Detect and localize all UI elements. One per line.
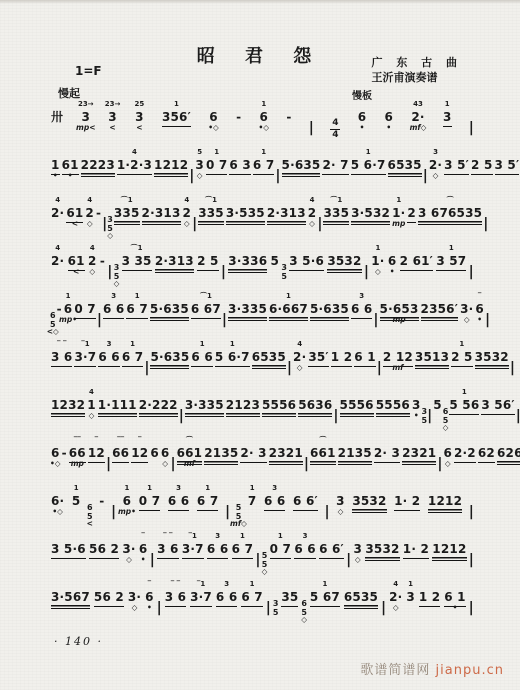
note-group: -	[235, 106, 242, 125]
barline: |	[516, 408, 520, 424]
note-group: 6535	[387, 154, 423, 173]
note-group: 2223	[80, 154, 116, 173]
note-group: 2· 3	[239, 442, 267, 461]
ornament-mark: ‾	[95, 437, 99, 444]
dynamic-mark: •◇	[259, 124, 270, 132]
barline: |	[221, 264, 226, 280]
ornament-mark: ‾	[148, 581, 152, 588]
sheet-music-page: 昭 君 怨 1=F 慢起 广 东 古 曲 王沂甫演奏谱 卅23→3mp<23→3…	[0, 0, 520, 690]
dynamic-mark: mp•	[118, 508, 136, 516]
music-line: 123241◇1·1112·222|3·335212355565636|5556…	[50, 394, 474, 438]
music-line: 6·•◇1565<-|16mp•10 736 616 7|55mf◇1736 6…	[50, 490, 474, 534]
note-group: 6 1•	[443, 586, 466, 605]
note-group: 16 7	[240, 586, 263, 605]
note-group: 3·335	[184, 394, 225, 413]
credit-origin: 广 东 古 曲	[372, 56, 463, 71]
note-group: 41◇	[86, 394, 97, 413]
note-group: 5·653mp	[379, 298, 420, 317]
ornament-mark: 1	[278, 533, 283, 540]
note-group: 6 3	[228, 154, 251, 173]
note-group: 36 6	[97, 346, 120, 365]
note-group: 15 6·7	[214, 346, 251, 365]
note-group: ⌒1335	[113, 202, 141, 221]
dynamic-mark: <	[73, 268, 79, 276]
barline: |	[107, 264, 112, 280]
note-group: 2	[406, 202, 417, 221]
note-group: 1356′	[161, 106, 192, 125]
note-group: 5·635	[309, 298, 350, 317]
ornament-mark: 1	[200, 341, 205, 348]
music-line: ‾ ‾3 6‾13·736 616 7|5·63516 615 6·76535|…	[50, 346, 474, 390]
chord-stack: 35	[273, 599, 279, 617]
note-group: 2 12mf	[382, 346, 414, 365]
credits: 广 东 古 曲 王沂甫演奏谱	[372, 56, 463, 86]
note-group: 1·111	[97, 394, 138, 413]
barline: |	[324, 504, 329, 520]
note-group: 2135	[337, 442, 373, 461]
note-group: 2356′	[420, 298, 460, 317]
ornament-mark: 4	[132, 149, 137, 156]
note-group: 3·535	[225, 202, 266, 221]
dynamic-mark: ◇	[126, 556, 132, 564]
barline: |	[364, 264, 369, 280]
ornament-mark: 1	[375, 245, 380, 252]
ornament-mark: 1	[322, 581, 327, 588]
dynamic-mark: ◇	[355, 556, 361, 564]
note-group: 2·313	[266, 202, 307, 221]
dynamic-mark: •	[360, 124, 365, 132]
note-group: ⌒661mf	[176, 442, 204, 461]
ornament-mark: 5	[197, 149, 202, 156]
note-group: 2·313	[154, 250, 195, 269]
note-group: 5636	[297, 394, 333, 413]
barline: |	[469, 120, 474, 136]
barline: |	[309, 120, 314, 136]
note-group: 2·313	[141, 202, 182, 221]
ornament-mark: 1	[74, 485, 79, 492]
ornament-mark: 1	[261, 149, 266, 156]
note-group: 2·2	[453, 442, 477, 461]
ornament-mark: 3	[176, 485, 181, 492]
music-line: 3 5·656 23·◇‾6•|‾ ‾3 6‾13·736 616 7|55◇1…	[50, 538, 474, 582]
note-group: 3·◇	[127, 586, 142, 605]
note-group: 16•◇	[259, 106, 270, 125]
note-group: ⌒3 676535	[417, 202, 483, 221]
dynamic-mark: •	[477, 316, 482, 324]
dynamic-mark: ◇	[297, 364, 303, 372]
dynamic-mark: ◇	[162, 460, 168, 468]
chord-stack: 55mf◇	[236, 503, 242, 521]
note-group: 253<	[134, 106, 145, 125]
note-group: 36 6	[102, 298, 125, 317]
chord-stack: 35◇	[114, 263, 120, 281]
note-group: 2321	[401, 442, 437, 461]
dynamic-mark: ◇	[89, 268, 95, 276]
note-group: ‾12	[87, 442, 106, 461]
note-group: 42·◇	[292, 346, 307, 365]
ornament-mark: 4	[55, 245, 60, 252]
barline: |	[381, 600, 386, 616]
note-group: 17	[247, 490, 258, 509]
note-group: ⌒16 67	[190, 298, 222, 317]
barline: |	[157, 600, 162, 616]
note-group: 10 7	[138, 490, 161, 509]
ornament-mark: ⌒1	[330, 197, 342, 204]
note-group: 3532	[474, 346, 510, 365]
time-signature: 44	[330, 119, 340, 141]
dynamic-mark: mf◇	[410, 124, 427, 132]
note-group: 42◇	[307, 202, 318, 221]
note-group: -	[95, 202, 102, 221]
chord-stack: 65◇	[301, 599, 307, 617]
watermark: 歌谱简谱网 jianpu.cn	[360, 659, 504, 678]
note-group: 11·◇	[370, 250, 385, 269]
music-line: 1•61•222341·2·31212|53◇10 76 316 7|5·635…	[50, 154, 474, 198]
note-group: 13 57	[435, 250, 467, 269]
ornament-mark: 1	[462, 389, 467, 396]
note-group: ⌒661	[309, 442, 337, 461]
ornament-mark: ‾1	[81, 341, 89, 348]
score-lines: 卅23→3mp<23→3<253<1356′6•◇-16•◇-|44慢板6•6•…	[50, 106, 474, 630]
note-group: 16 7	[252, 154, 275, 173]
note-group: -	[285, 106, 292, 125]
note-group: 41·2·3	[116, 154, 153, 173]
note-group: 1•	[50, 154, 61, 173]
barline: |	[255, 552, 260, 568]
dynamic-mark: ◇	[433, 172, 439, 180]
note-group: 3 56′	[480, 394, 515, 413]
note-group: 61<	[67, 250, 86, 269]
ornament-mark: ‾1	[189, 533, 197, 540]
note-group: 15 67	[309, 586, 341, 605]
dynamic-mark: •	[414, 412, 419, 420]
note-group: 慢板6•	[357, 106, 368, 125]
ornament-mark: 1	[286, 293, 291, 300]
chord-stack: 35	[422, 407, 428, 425]
note-group: 13	[442, 106, 453, 125]
dynamic-mark: <	[109, 124, 115, 132]
note-group: ‾‾66	[111, 442, 130, 461]
note-group: 3·◇	[459, 298, 474, 317]
note-group: 5556	[339, 394, 375, 413]
note-group: 15	[71, 490, 82, 509]
note-group: 3•	[411, 394, 422, 413]
note-group: 1232	[50, 394, 86, 413]
note-group: 6•	[387, 250, 398, 269]
note-group: 36 6	[293, 538, 316, 557]
chord-stack: 55◇	[262, 551, 268, 569]
music-line: 卅23→3mp<23→3<253<1356′6•◇-16•◇-|44慢板6•6•…	[50, 106, 474, 150]
barline: |	[469, 264, 474, 280]
note-group: 1· 2	[402, 538, 430, 557]
note-group: 3 5·6	[50, 538, 87, 557]
note-group: 13	[405, 586, 416, 605]
note-group: ‾ ‾3 6	[156, 538, 179, 557]
dynamic-mark: •◇	[52, 508, 63, 516]
note-group: 3◇	[335, 490, 346, 509]
ornament-mark: ⌒	[319, 437, 326, 444]
note-group: 3·567	[50, 586, 91, 605]
music-line: 42·61<42◇-|35◇⌒13352·31342◇|⌒13353·5352·…	[50, 202, 474, 246]
ornament-mark: 4	[184, 197, 189, 204]
dynamic-mark: ◇	[464, 316, 470, 324]
note-group: 15 6·7	[350, 154, 387, 173]
note-group: 23→3<	[107, 106, 118, 125]
dynamic-mark: ◇	[375, 268, 381, 276]
ornament-mark: 23→	[105, 101, 121, 108]
note-group: 3532	[364, 538, 400, 557]
dynamic-mark: ◇	[89, 412, 95, 420]
note-group: 6 1	[353, 346, 376, 365]
ornament-mark: ⌒1	[121, 197, 133, 204]
note-group: 1212	[431, 538, 467, 557]
ornament-mark: 23→	[78, 101, 94, 108]
note-group: 11·mp	[391, 202, 406, 221]
dynamic-mark: •	[53, 172, 58, 180]
credit-performer: 王沂甫演奏谱	[372, 71, 463, 86]
ornament-mark: 3	[433, 149, 438, 156]
note-group: 3·◇	[121, 538, 136, 557]
note-group: 卅	[50, 106, 64, 125]
ornament-mark: ‾ ‾	[171, 581, 180, 588]
note-group: 3·532	[350, 202, 391, 221]
note-group: ⌒1335	[197, 202, 225, 221]
note-group: ⌒13 35	[121, 250, 153, 269]
barline: |	[266, 600, 271, 616]
ornament-mark: 1	[240, 533, 245, 540]
note-group: 2321	[268, 442, 304, 461]
note-group: 56 2	[93, 586, 125, 605]
note-group: 0 7	[73, 298, 96, 317]
note-group: 23→3mp<	[80, 106, 91, 125]
dynamic-mark: •	[453, 604, 458, 612]
ornament-mark: 1	[214, 149, 219, 156]
note-group: 36 6	[263, 490, 286, 509]
dynamic-mark: •	[386, 124, 391, 132]
ornament-mark: 3	[224, 581, 229, 588]
dynamic-mark: mp	[392, 220, 405, 228]
note-group: 2 5	[196, 250, 219, 269]
dynamic-mark: •	[141, 556, 146, 564]
note-group: 6 6′	[292, 490, 319, 509]
ornament-mark: 1	[147, 485, 152, 492]
note-group: 42·	[50, 250, 65, 269]
ornament-mark: 3	[111, 293, 116, 300]
dynamic-mark: mp	[71, 460, 84, 468]
ornament-mark: 4	[310, 197, 315, 204]
ornament-mark: ⌒1	[205, 197, 217, 204]
note-group: ‾6•	[144, 586, 155, 605]
note-group: 2· 3	[373, 442, 401, 461]
note-group: 6535	[251, 346, 287, 365]
ornament-mark: ⌒	[186, 437, 193, 444]
note-group: 5·635	[149, 346, 190, 365]
ornament-mark: ‾	[141, 533, 145, 540]
note-group: -	[98, 490, 105, 509]
ornament-mark: 1	[130, 341, 135, 348]
note-group: 2 61′	[399, 250, 434, 269]
dynamic-mark: ◇	[309, 220, 315, 228]
ornament-mark: 3	[303, 533, 308, 540]
note-group: 15 56	[448, 394, 480, 413]
note-group: 16·667	[268, 298, 309, 317]
barline: |	[483, 216, 488, 232]
note-group: 5556	[261, 394, 297, 413]
note-group: 3◇	[353, 538, 364, 557]
note-group: ⌒1335	[322, 202, 350, 221]
tempo-marking-mid: 慢板	[352, 92, 372, 102]
note-group: 42◇	[182, 202, 193, 221]
ornament-mark: 25	[135, 101, 145, 108]
note-group: 2123	[225, 394, 261, 413]
ornament-mark: 4	[297, 341, 302, 348]
note-group: 5	[270, 250, 281, 269]
note-group: 3532	[326, 250, 362, 269]
note-group: 16 7	[196, 490, 219, 509]
dynamic-mark: mf	[184, 460, 195, 468]
ornament-mark: 1	[261, 101, 266, 108]
note-group: 36 6	[167, 490, 190, 509]
note-group: 5·635	[281, 154, 322, 173]
note-group: -	[61, 442, 68, 461]
note-group: ‾ ‾3 6	[164, 586, 187, 605]
note-group: ‾13·7	[189, 586, 213, 605]
note-group: ‾13·7	[73, 346, 97, 365]
note-group: 10 7	[269, 538, 292, 557]
note-group: 36 6	[215, 586, 238, 605]
dynamic-mark: <	[72, 220, 78, 228]
note-group: 16 6	[190, 346, 213, 365]
dynamic-mark: mp<	[76, 124, 95, 132]
dynamic-mark: ◇	[132, 604, 138, 612]
note-group: 6267	[496, 442, 520, 461]
note-group: 3513	[414, 346, 450, 365]
note-group: 56 2	[88, 538, 120, 557]
ornament-mark: 1	[408, 581, 413, 588]
ornament-mark: 4	[55, 197, 60, 204]
dynamic-mark: •◇	[50, 460, 61, 468]
ornament-mark: 1	[66, 293, 71, 300]
note-group: 6◇	[160, 442, 171, 461]
note-group: 2 5	[470, 154, 493, 173]
chord-stack: 65<	[87, 503, 93, 521]
note-group: 61<	[65, 202, 84, 221]
ornament-mark: 4	[87, 197, 92, 204]
note-group: 36 6	[350, 298, 373, 317]
note-group: 432·mf◇	[410, 106, 425, 125]
dynamic-mark: ◇	[87, 220, 93, 228]
ornament-mark: 1	[230, 341, 235, 348]
note-group: 36 6	[206, 538, 229, 557]
barline: |	[469, 504, 474, 520]
ornament-mark: 1	[445, 101, 450, 108]
dynamic-mark: ◇	[184, 220, 190, 228]
note-group: 6 6′	[318, 538, 345, 557]
note-group: 42·◇	[388, 586, 403, 605]
ornament-mark: 4	[393, 581, 398, 588]
tempo-marking-start: 慢起	[58, 85, 80, 101]
note-group: 6·•◇	[50, 490, 65, 509]
note-group: 2·222	[138, 394, 179, 413]
ornament-mark: 1	[135, 293, 140, 300]
ornament-mark: ‾	[478, 293, 482, 300]
note-group: ‾6•	[138, 538, 149, 557]
barline: |	[150, 552, 155, 568]
dynamic-mark: •	[147, 604, 152, 612]
note-group: 62	[477, 442, 496, 461]
ornament-mark: ‾‾	[117, 437, 124, 444]
ornament-mark: 43	[413, 101, 423, 108]
ornament-mark: 3	[272, 485, 277, 492]
ornament-mark: 1	[125, 485, 130, 492]
note-group: 42◇	[87, 250, 98, 269]
dynamic-mark: •	[390, 268, 395, 276]
barline: |	[510, 360, 515, 376]
music-line: 65<◇-16mp•0 7|36 616 75·635⌒16 67|3·3351…	[50, 298, 474, 342]
note-group: ‾6•	[474, 298, 485, 317]
note-group: 16 7	[231, 538, 254, 557]
note-group: ‾ ‾3 6	[50, 346, 73, 365]
note-group: 3 5′	[443, 154, 470, 173]
dynamic-mark: <	[136, 124, 142, 132]
note-group: 6•	[384, 106, 395, 125]
ornament-mark: 3	[359, 293, 364, 300]
music-line: 3·56756 23·◇‾6•|‾ ‾3 6‾13·736 616 7|3535…	[50, 586, 474, 630]
page-number: · 140 ·	[54, 635, 103, 648]
ornament-mark: ‾ ‾	[57, 341, 66, 348]
note-group: 6•◇	[208, 106, 219, 125]
ornament-mark: 4	[90, 245, 95, 252]
note-group: 42·	[50, 202, 65, 221]
note-group: 35	[280, 586, 299, 605]
ornament-mark: 3	[215, 533, 220, 540]
note-group: 5	[432, 394, 443, 413]
note-group: 1 2	[330, 346, 353, 365]
dynamic-mark: ◇	[197, 172, 203, 180]
chord-stack: 35	[281, 263, 287, 281]
dynamic-mark: ◇	[338, 508, 344, 516]
note-group: 12 5	[450, 346, 473, 365]
ornament-mark: ‾1	[197, 581, 205, 588]
note-group: -	[56, 298, 63, 317]
ornament-mark: 1	[449, 245, 454, 252]
dynamic-mark: ◇	[445, 460, 451, 468]
ornament-mark: 4	[89, 389, 94, 396]
barline: |	[225, 504, 230, 520]
dynamic-mark: mf	[392, 364, 403, 372]
scan-edge-shadow	[0, 0, 520, 4]
note-group: 1· 2	[393, 490, 421, 509]
note-group: ‾13·7	[181, 538, 205, 557]
music-line: 6•◇-‾‾66mp‾12|‾‾66‾1266◇|⌒661mf21352· 32…	[50, 442, 474, 486]
note-group: 1 2	[418, 586, 441, 605]
note-group: 61•	[61, 154, 80, 173]
note-group: 16 7	[121, 346, 144, 365]
note-group: 5556	[375, 394, 411, 413]
key-signature: 1=F	[75, 64, 102, 78]
ornament-mark: 1	[205, 485, 210, 492]
note-group: 32·◇	[428, 154, 443, 173]
ornament-mark: 1	[174, 101, 179, 108]
ornament-mark: ‾‾	[74, 437, 81, 444]
barline: |	[469, 600, 474, 616]
note-group: 6◇	[442, 442, 453, 461]
barline: |	[346, 552, 351, 568]
note-group: 42◇	[84, 202, 95, 221]
note-group: ‾12	[130, 442, 149, 461]
note-group: 16mp•	[122, 490, 133, 509]
dynamic-mark: •	[68, 172, 73, 180]
